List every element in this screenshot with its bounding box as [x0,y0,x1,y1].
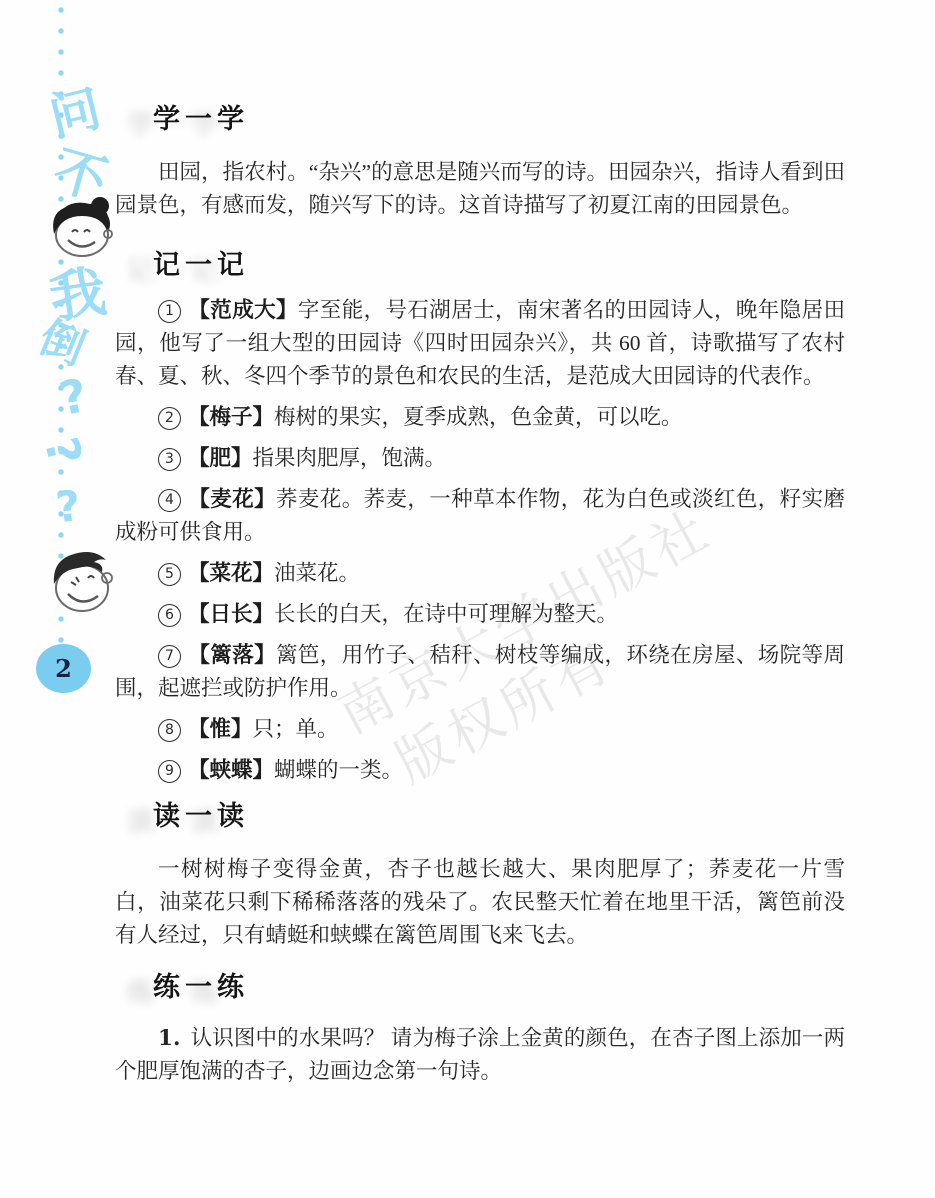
read-paragraph: 一树树梅子变得金黄，杏子也越长越大、果肉肥厚了；荞麦花一片雪白，油菜花只剩下稀稀… [115,853,845,952]
note-item: 3【肥】指果肉肥厚，饱满。 [115,442,845,475]
term: 【麦花】 [188,487,276,512]
term: 【菜花】 [188,561,274,586]
note-list: 1【范成大】字至能，号石湖居士，南宋著名的田园诗人，晚年隐居田园，他写了一组大型… [115,294,845,787]
practice-item: 1.认识图中的水果吗？ 请为梅子涂上金黄的颜色，在杏子图上添加一两个肥厚饱满的杏… [115,1022,845,1088]
section-heading-note: 记一记 [153,248,845,284]
circled-number: 5 [158,563,181,586]
note-item: 6【日长】长长的白天，在诗中可理解为整天。 [115,598,845,631]
circled-number: 6 [158,604,181,627]
term: 【日长】 [188,602,274,627]
term: 【范成大】 [188,298,298,323]
circled-number: 8 [158,719,181,742]
circled-number: 9 [158,760,181,783]
definition: 长长的白天，在诗中可理解为整天。 [274,602,618,626]
term: 【惟】 [188,717,253,742]
circled-number: 7 [158,645,181,668]
section-heading-learn: 学一学 [153,0,845,138]
circled-number: 3 [158,448,181,471]
learn-paragraph: 田园，指农村。“杂兴”的意思是随兴而写的诗。田园杂兴，指诗人看到田园景色，有感而… [115,156,845,222]
section-heading-read: 读一读 [153,799,845,835]
girl-face-illustration [44,194,120,265]
term: 【肥】 [188,446,253,471]
note-item: 1【范成大】字至能，号石湖居士，南宋著名的田园诗人，晚年隐居田园，他写了一组大型… [115,294,845,393]
definition: 蝴蝶的一类。 [274,758,403,782]
margin-doodle-char: ? [54,485,83,529]
practice-item-text: 认识图中的水果吗？ 请为梅子涂上金黄的颜色，在杏子图上添加一两个肥厚饱满的杏子，… [115,1026,845,1083]
definition: 油菜花。 [274,561,360,585]
note-item: 8【惟】只；单。 [115,713,845,746]
term: 【蛱蝶】 [188,758,274,783]
practice-item-number: 1. [158,1026,180,1051]
definition: 梅树的果实，夏季成熟，色金黄，可以吃。 [274,405,683,429]
circled-number: 2 [158,407,181,430]
page-number-badge: 2 [36,644,91,693]
term: 【篱落】 [188,643,276,668]
boy-face-illustration [44,544,120,623]
note-item: 7【篱落】篱笆，用竹子、秸秆、树枝等编成，环绕在房屋、场院等周围，起遮拦或防护作… [115,639,845,705]
margin-doodle-char: 问 [45,83,106,144]
note-item: 2【梅子】梅树的果实，夏季成熟，色金黄，可以吃。 [115,401,845,434]
margin-doodle-char: ? [38,433,89,469]
note-item: 4【麦花】荞麦花。荞麦，一种草本作物，花为白色或淡红色，籽实磨成粉可供食用。 [115,483,845,549]
circled-number: 1 [158,300,181,323]
term: 【梅子】 [188,405,274,430]
margin-doodle-char: 倒 [33,315,90,372]
definition: 只；单。 [253,717,339,741]
section-heading-practice: 练一练 [153,970,845,1006]
note-item: 5【菜花】油菜花。 [115,557,845,590]
workbook-page: 问 不 我 倒 ? ? ? 2 南京大学出版社 版权所有 [0,0,935,1198]
page-number: 2 [55,654,72,683]
page-content: 学一学 田园，指农村。“杂兴”的意思是随兴而写的诗。田园杂兴，指诗人看到田园景色… [115,0,845,1096]
circled-number: 4 [158,489,181,512]
definition: 指果肉肥厚，饱满。 [253,446,447,470]
note-item: 9【蛱蝶】蝴蝶的一类。 [115,754,845,787]
